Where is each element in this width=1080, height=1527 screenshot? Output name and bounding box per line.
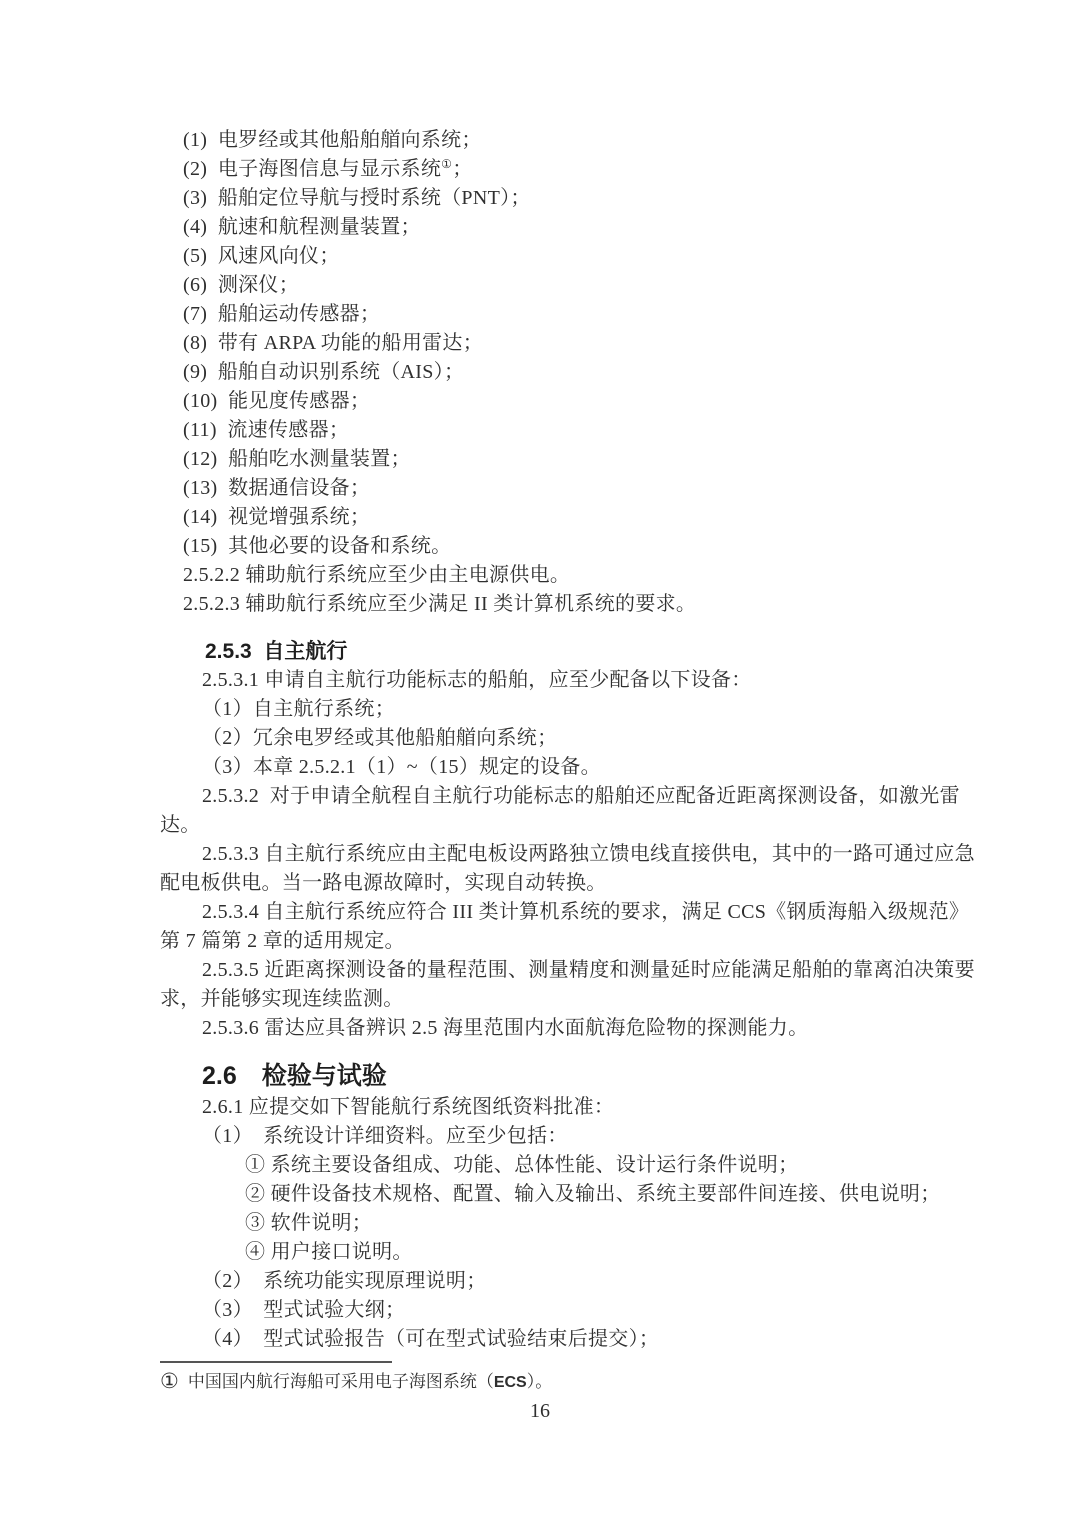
footnote-ecs-abbr: ECS — [494, 1374, 527, 1391]
footnote-marker: ① — [160, 1369, 179, 1393]
equipment-item-6: (6) 测深仪； — [160, 271, 940, 300]
equipment-item-3: (3) 船舶定位导航与授时系统（PNT）； — [160, 184, 940, 213]
equipment-item-4: (4) 航速和航程测量装置； — [160, 213, 940, 242]
design-data-sub-item-2: ② 硬件设备技术规格、配置、输入及输出、系统主要部件间连接、供电说明； — [160, 1180, 940, 1209]
paragraph-2-5-3-3: 2.5.3.3 自主航行系统应由主配电板设两路独立馈电线直接供电，其中的一路可通… — [160, 840, 940, 869]
paragraph-2-5-3-5: 2.5.3.5 近距离探测设备的量程范围、测量精度和测量延时应能满足船舶的靠离泊… — [160, 956, 940, 985]
document-page: (1) 电罗经或其他船舶艏向系统； (2) 电子海图信息与显示系统①； (3) … — [0, 0, 1080, 1527]
paragraph-2-5-3-4: 2.5.3.4 自主航行系统应符合 III 类计算机系统的要求，满足 CCS《钢… — [160, 898, 940, 927]
page-content: (1) 电罗经或其他船舶艏向系统； (2) 电子海图信息与显示系统①； (3) … — [160, 126, 940, 1425]
footnote-text-tail: ）。 — [527, 1372, 553, 1391]
equipment-item-2-text: (2) 电子海图信息与显示系统 — [183, 158, 441, 180]
section-heading-2-6: 2.6 检验与试验 — [160, 1059, 940, 1093]
paragraph-2-5-3-2: 2.5.3.2 对于申请全航程自主航行功能标志的船舶还应配备近距离探测设备，如激… — [160, 782, 940, 811]
design-data-sub-item-3: ③ 软件说明； — [160, 1209, 940, 1238]
equipment-item-15: (15) 其他必要的设备和系统。 — [160, 532, 940, 561]
submission-list-item-1: （1） 系统设计详细资料。应至少包括： — [160, 1122, 940, 1151]
submission-list-item-4: （4） 型式试验报告（可在型式试验结束后提交）； — [160, 1325, 940, 1354]
paragraph-2-5-3-4-cont: 第 7 篇第 2 章的适用规定。 — [160, 927, 940, 956]
paragraph-2-5-2-3: 2.5.2.3 辅助航行系统应至少满足 II 类计算机系统的要求。 — [160, 590, 940, 619]
equipment-item-5: (5) 风速风向仪； — [160, 242, 940, 271]
autonomous-list-item-3: （3）本章 2.5.2.1（1）~（15）规定的设备。 — [160, 753, 940, 782]
footnote-reference-mark: ① — [441, 157, 452, 171]
page-number: 16 — [160, 1397, 920, 1425]
equipment-item-2: (2) 电子海图信息与显示系统①； — [160, 155, 940, 184]
design-data-sub-item-4: ④ 用户接口说明。 — [160, 1238, 940, 1267]
equipment-item-9: (9) 船舶自动识别系统（AIS）； — [160, 358, 940, 387]
footnote: ①中国国内航行海船可采用电子海图系统（ECS）。 — [160, 1368, 940, 1396]
paragraph-2-5-3-6: 2.5.3.6 雷达应具备辨识 2.5 海里范围内水面航海危险物的探测能力。 — [160, 1014, 940, 1043]
equipment-item-2-tail: ； — [452, 158, 472, 180]
autonomous-list-item-2: （2）冗余电罗经或其他船舶艏向系统； — [160, 724, 940, 753]
paragraph-2-5-3-3-cont: 配电板供电。当一路电源故障时，实现自动转换。 — [160, 869, 940, 898]
paragraph-2-5-3-5-cont: 求，并能够实现连续监测。 — [160, 985, 940, 1014]
design-data-sub-item-1: ① 系统主要设备组成、功能、总体性能、设计运行条件说明； — [160, 1151, 940, 1180]
autonomous-list-item-1: （1）自主航行系统； — [160, 695, 940, 724]
equipment-item-14: (14) 视觉增强系统； — [160, 503, 940, 532]
paragraph-2-6-1: 2.6.1 应提交如下智能航行系统图纸资料批准： — [160, 1093, 940, 1122]
equipment-item-11: (11) 流速传感器； — [160, 416, 940, 445]
equipment-item-12: (12) 船舶吃水测量装置； — [160, 445, 940, 474]
equipment-item-7: (7) 船舶运动传感器； — [160, 300, 940, 329]
submission-list-item-3: （3） 型式试验大纲； — [160, 1296, 940, 1325]
equipment-item-8: (8) 带有 ARPA 功能的船用雷达； — [160, 329, 940, 358]
equipment-item-10: (10) 能见度传感器； — [160, 387, 940, 416]
footnote-separator — [160, 1361, 392, 1363]
paragraph-2-5-3-1: 2.5.3.1 申请自主航行功能标志的船舶，应至少配备以下设备： — [160, 666, 940, 695]
equipment-item-1: (1) 电罗经或其他船舶艏向系统； — [160, 126, 940, 155]
paragraph-2-5-2-2: 2.5.2.2 辅助航行系统应至少由主电源供电。 — [160, 561, 940, 590]
footnote-text: 中国国内航行海船可采用电子海图系统（ — [188, 1372, 494, 1391]
equipment-item-13: (13) 数据通信设备； — [160, 474, 940, 503]
paragraph-2-5-3-2-cont: 达。 — [160, 811, 940, 840]
submission-list-item-2: （2） 系统功能实现原理说明； — [160, 1267, 940, 1296]
section-heading-2-5-3: 2.5.3 自主航行 — [160, 637, 940, 666]
